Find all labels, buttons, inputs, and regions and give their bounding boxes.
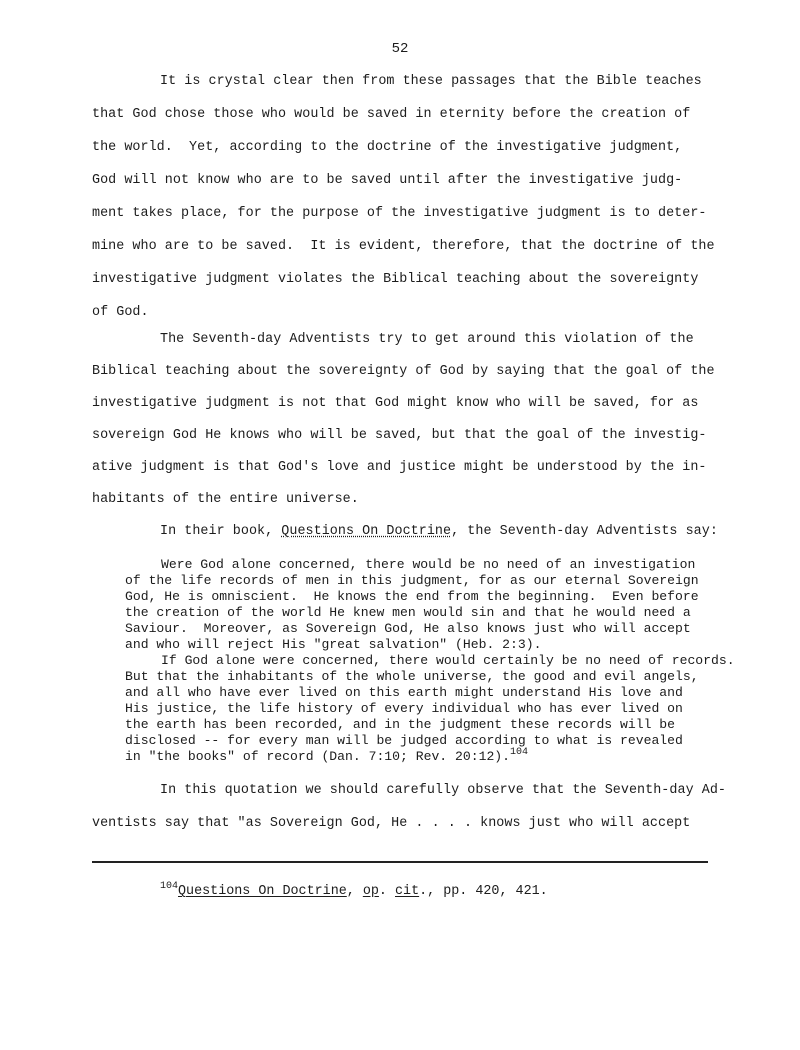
quote-line: the earth has been recorded, and in the …	[125, 717, 675, 733]
footnote-op: op	[363, 884, 379, 899]
quote-line: disclosed -- for every man will be judge…	[125, 733, 683, 749]
text-line: investigative judgment is not that God m…	[92, 394, 698, 414]
text-line: God will not know who are to be saved un…	[92, 171, 682, 191]
footnote-cit: cit	[395, 884, 419, 899]
text-span: , the Seventh-day Adventists say:	[451, 524, 718, 539]
text-line: It is crystal clear then from these pass…	[92, 72, 702, 92]
text-span: ., pp. 420, 421.	[419, 884, 548, 899]
quote-line: Were God alone concerned, there would be…	[125, 557, 695, 573]
text-line: ative judgment is that God's love and ju…	[92, 458, 707, 478]
text-span: .	[379, 884, 395, 899]
quote-line: His justice, the life history of every i…	[125, 701, 683, 717]
text-line: investigative judgment violates the Bibl…	[92, 270, 698, 290]
text-line: ventists say that "as Sovereign God, He …	[92, 814, 690, 834]
page-number: 52	[0, 41, 800, 57]
quote-line: of the life records of men in this judgm…	[125, 573, 699, 589]
footnote-divider	[92, 861, 708, 863]
footnote-number: 104	[160, 881, 178, 892]
text-line: of God.	[92, 303, 149, 323]
quote-line: But that the inhabitants of the whole un…	[125, 669, 699, 685]
text-line: In their book, Questions On Doctrine, th…	[92, 522, 718, 542]
text-line: mine who are to be saved. It is evident,…	[92, 237, 715, 257]
text-line: the world. Yet, according to the doctrin…	[92, 138, 682, 158]
footnote-book-title: Questions On Doctrine	[178, 884, 347, 899]
footnote: 104Questions On Doctrine, op. cit., pp. …	[160, 884, 548, 899]
text-span: ,	[347, 884, 363, 899]
text-line: habitants of the entire universe.	[92, 490, 359, 510]
text-line: Biblical teaching about the sovereignty …	[92, 362, 715, 382]
quote-line: and all who have ever lived on this eart…	[125, 685, 683, 701]
text-line: The Seventh-day Adventists try to get ar…	[92, 330, 694, 350]
book-title: Questions On Doctrine	[281, 524, 451, 539]
quote-line: the creation of the world He knew men wo…	[125, 605, 691, 621]
quote-line: and who will reject His "great salvation…	[125, 637, 541, 653]
quote-line: in "the books" of record (Dan. 7:10; Rev…	[125, 749, 528, 765]
footnote-reference: 104	[510, 747, 528, 758]
quote-line: Saviour. Moreover, as Sovereign God, He …	[125, 621, 691, 637]
quote-line: If God alone were concerned, there would…	[125, 653, 735, 669]
text-line: that God chose those who would be saved …	[92, 105, 690, 125]
text-span: In their book,	[160, 524, 281, 539]
quote-line: God, He is omniscient. He knows the end …	[125, 589, 699, 605]
text-span: in "the books" of record (Dan. 7:10; Rev…	[125, 749, 510, 764]
text-line: sovereign God He knows who will be saved…	[92, 426, 707, 446]
text-line: ment takes place, for the purpose of the…	[92, 204, 707, 224]
text-line: In this quotation we should carefully ob…	[92, 781, 726, 801]
